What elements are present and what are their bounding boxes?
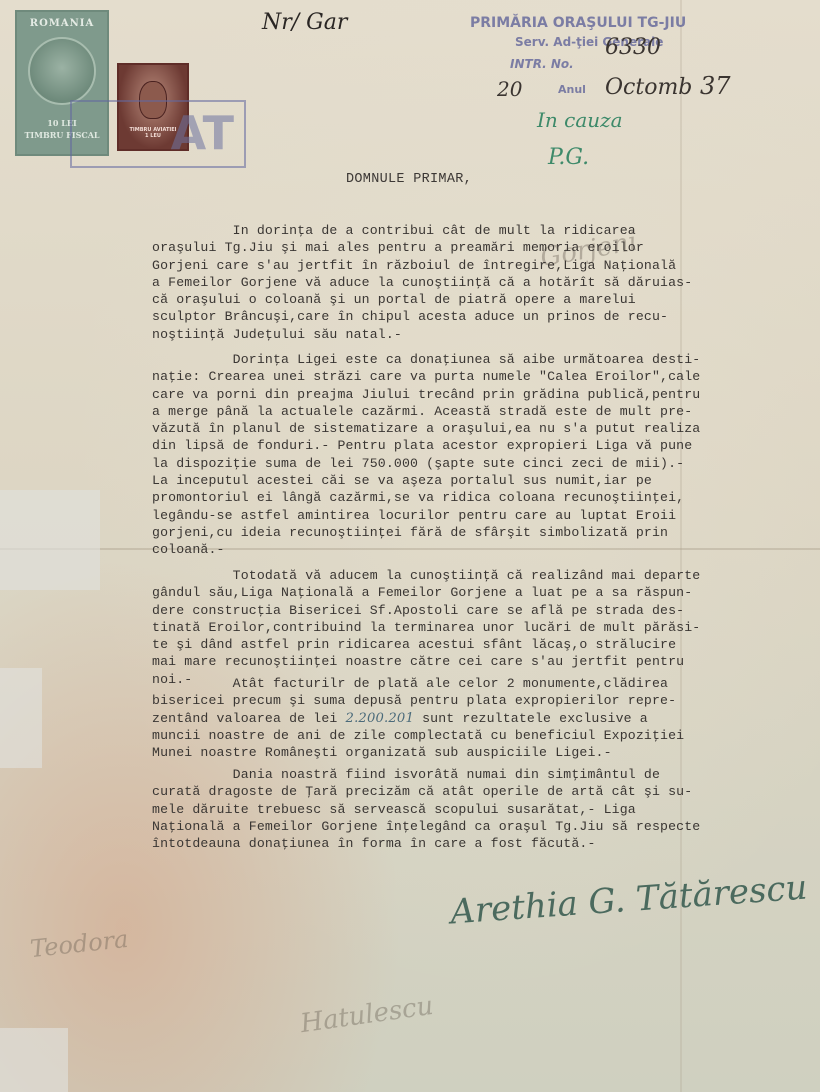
paragraph-5: Dania noastră fiind isvorâtă numai din s… [152,766,802,852]
handwritten-top-mark: Nr/ Gar [262,10,347,35]
text-line: Gorjeni care s'au jertfit în războiul de… [152,257,802,274]
text-line: naţie: Crearea unei străzi care va purta… [152,368,802,385]
registration-year: 37 [700,72,731,100]
text-line: la dispoziţie suma de lei 750.000 (şapte… [152,455,802,472]
text-line: noştiinţă Judeţului său natal.- [152,326,802,343]
text-line: din lipsă de fonduri.- Pentru plata aces… [152,437,802,454]
text-line: Dorinţa Ligei este ca donaţiunea să aibe… [152,351,802,368]
text-line: mai mare recunoştiinţei noastre către ce… [152,653,802,670]
text-line: Totodată vă aducem la cunoştiinţă că rea… [152,567,802,584]
paragraph-1: In dorinţa de a contribui cât de mult la… [152,222,802,343]
text-line: gorjeni,cu ideia recunoştiinţei fără de … [152,524,802,541]
text-line: tinată Eroilor,contribuind la terminarea… [152,619,802,636]
bleed-through-handwriting: Hatulescu [299,991,436,1039]
registration-office: PRIMĂRIA ORAŞULUI TG-JIU [470,15,686,31]
bleed-through-handwriting: Teodora [29,925,130,963]
text-line: Dania noastră fiind isvorâtă numai din s… [152,766,802,783]
approval-stamp-text: AT [171,106,234,160]
stamp-country: ROMANIA [17,18,107,29]
text-line: bisericei precum şi suma depusă pentru p… [152,692,802,709]
text-line: In dorinţa de a contribui cât de mult la… [152,222,802,239]
text-line-with-sum: zentând valoarea de lei 2.200.201 sunt r… [152,710,802,727]
text-line: a Femeilor Gorjene vă aduce la cunoştiin… [152,274,802,291]
text-line: dere construcţia Bisericei Sf.Apostoli c… [152,602,802,619]
text-line: întotdeauna donaţiunea în forma în care … [152,835,802,852]
text-line: promontoriul ei lângă cazărmi,se va ridi… [152,489,802,506]
document-page: Gorjeni Teodora Hatulescu ROMANIA 10 LEI… [0,0,820,1092]
text-line: Atât facturilr de plată ale celor 2 monu… [152,675,802,692]
paragraph-3: Totodată vă aducem la cunoştiinţă că rea… [152,567,802,688]
text-line: curată dragoste de Ţară precizăm că atât… [152,783,802,800]
text-line: legându-se astfel amintirea locurilor pe… [152,507,802,524]
text-line: gândul său,Liga Naţională a Femeilor Gor… [152,584,802,601]
registration-initials: P.G. [548,145,589,170]
text-line: care va porni din preajma Jiului trecând… [152,386,802,403]
text-fragment: sunt rezultatele exclusive a [414,711,648,726]
signature: Arethia G. Tătărescu [449,868,809,933]
text-line: te şi dând astfel prin ridicarea acestui… [152,636,802,653]
registration-note: In cauza [537,108,623,132]
handwritten-sum: 2.200.201 [346,711,414,726]
tape-patch [0,668,42,768]
letter-salutation: DOMNULE PRIMAR, [346,172,472,187]
text-line: coloană.- [152,541,802,558]
paragraph-2: Dorinţa Ligei este ca donaţiunea să aibe… [152,351,802,559]
text-fragment: zentând valoarea de lei [152,711,346,726]
text-line: sculptor Brâncuşi,care în chipul acesta … [152,308,802,325]
text-line: Munei noastre Româneşti organizată sub a… [152,744,802,761]
text-line: mele dăruite trebuesc să servească scopu… [152,801,802,818]
tape-patch [0,1028,68,1092]
registration-number: 6330 [605,35,661,60]
registration-day: 20 [497,77,522,101]
text-line: muncii noastre de ani de zile complectat… [152,727,802,744]
text-line: Naţională a Femeilor Gorjene înţelegând … [152,818,802,835]
paragraph-4: Atât facturilr de plată ale celor 2 monu… [152,675,802,761]
text-line: că oraşului o coloană şi un portal de pi… [152,291,802,308]
king-portrait-icon [28,37,96,105]
approval-stamp-box: AT [70,100,246,168]
text-line: văzută în planul de sistematizare a oraş… [152,420,802,437]
tape-patch [0,490,100,590]
registration-month: Octomb [605,75,692,100]
text-line: a merge până la actualele cazărmi. Aceas… [152,403,802,420]
text-line: La inceputul acestei căi se va aşeza por… [152,472,802,489]
text-line: oraşului Tg.Jiu şi mai ales pentru a pre… [152,239,802,256]
